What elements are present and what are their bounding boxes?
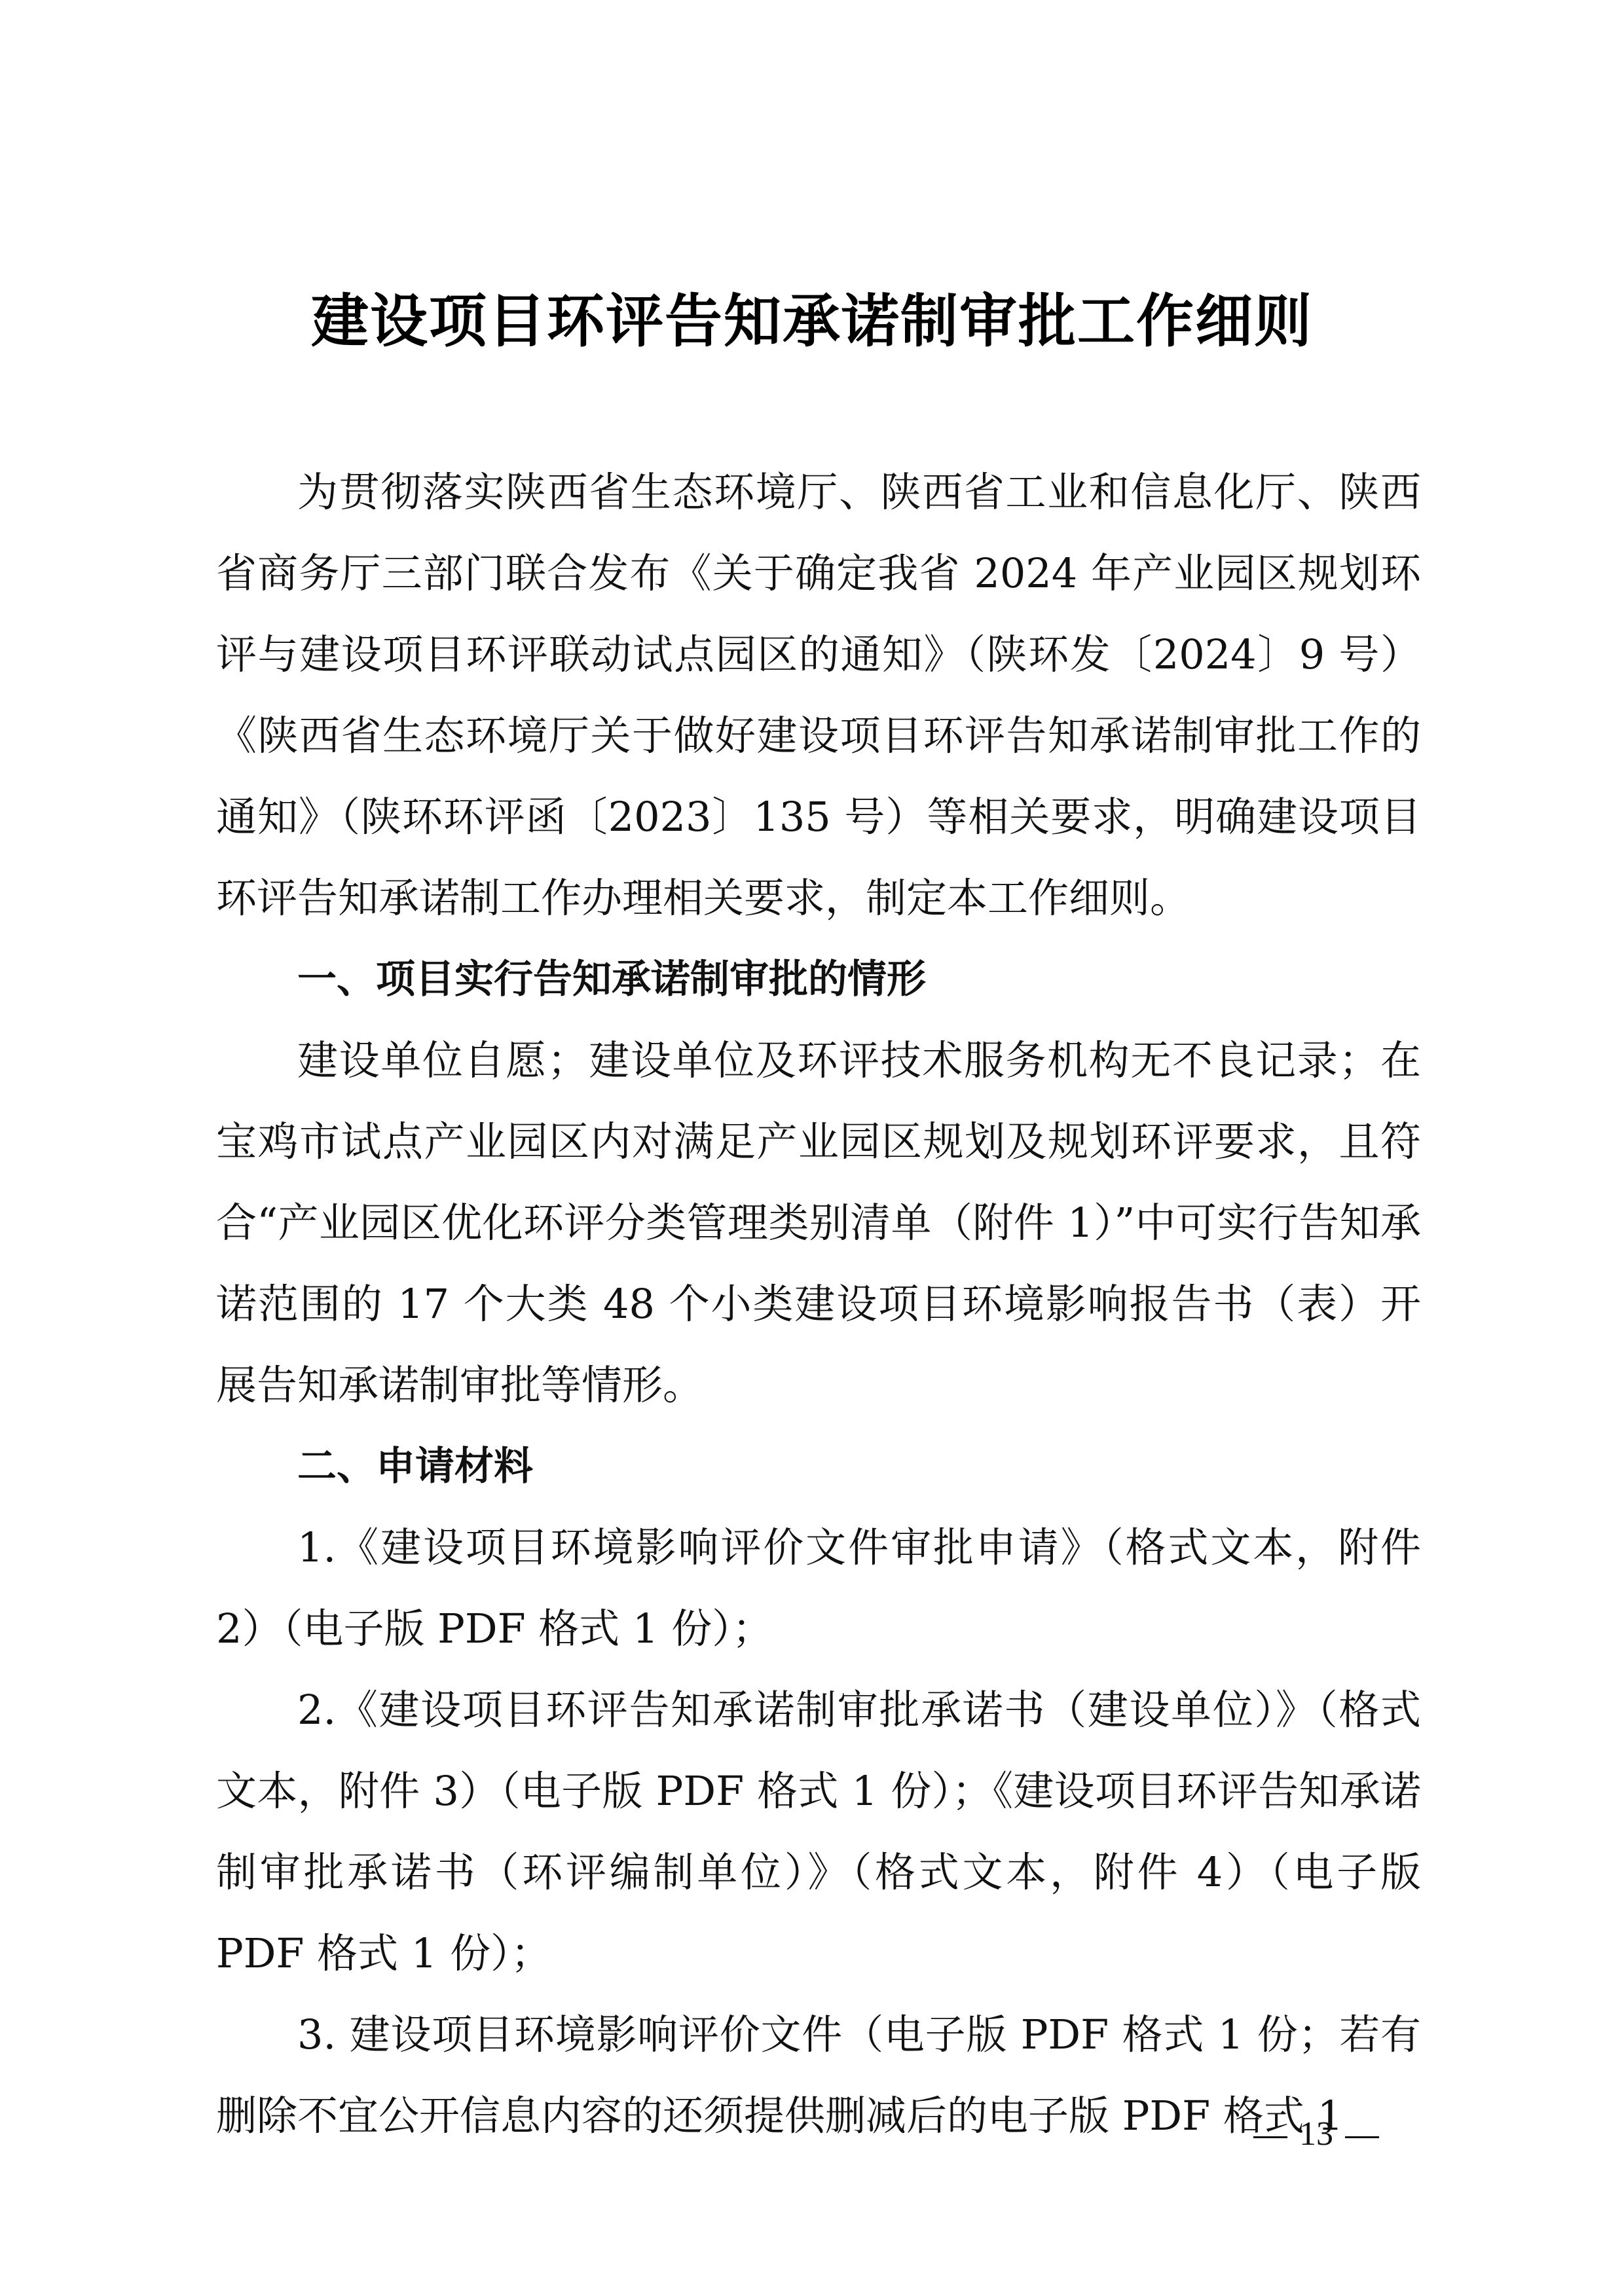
footer-dash-right — [1345, 2136, 1379, 2138]
section-heading-2: 二、申请材料 — [216, 1426, 1421, 1507]
section-1-paragraph: 建设单位自愿；建设单位及环评技术服务机构无不良记录；在宝鸡市试点产业园区内对满足… — [216, 1020, 1421, 1426]
section-heading-1: 一、项目实行告知承诺制审批的情形 — [216, 939, 1421, 1020]
material-item-1: 1.《建设项目环境影响评价文件审批申请》（格式文本，附件 2）（电子版 PDF … — [216, 1507, 1421, 1669]
document-body: 为贯彻落实陕西省生态环境厅、陕西省工业和信息化厅、陕西省商务厅三部门联合发布《关… — [216, 452, 1421, 2157]
material-item-2: 2.《建设项目环评告知承诺制审批承诺书（建设单位）》（格式文本，附件 3）（电子… — [216, 1669, 1421, 1994]
document-page: 建设项目环评告知承诺制审批工作细则 为贯彻落实陕西省生态环境厅、陕西省工业和信息… — [0, 0, 1624, 2296]
page-number: 13 — [1299, 2115, 1333, 2153]
page-footer: 13 — [1231, 2111, 1401, 2157]
intro-paragraph: 为贯彻落实陕西省生态环境厅、陕西省工业和信息化厅、陕西省商务厅三部门联合发布《关… — [216, 452, 1421, 939]
footer-dash-left — [1253, 2136, 1287, 2138]
document-title: 建设项目环评告知承诺制审批工作细则 — [0, 282, 1624, 360]
